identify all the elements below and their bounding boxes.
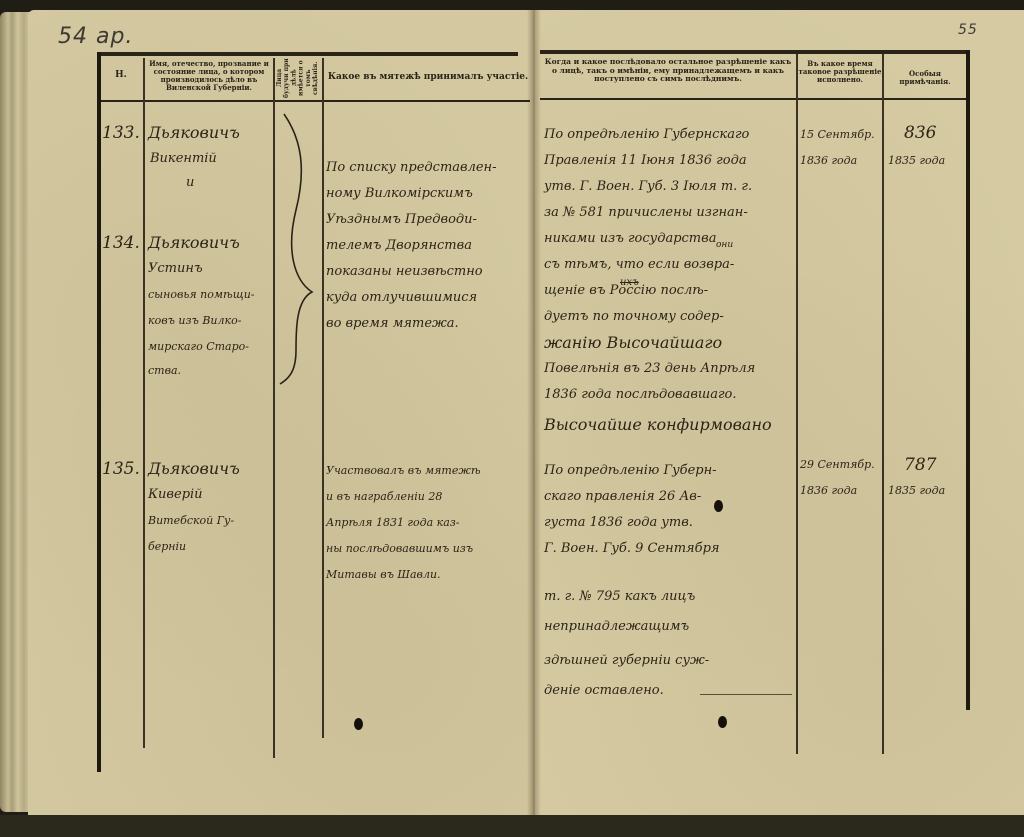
entry-name-line: Дьяковичъ bbox=[148, 456, 240, 482]
resolution-line: дуетъ по точному содер- bbox=[544, 304, 724, 330]
remark-number: 787 bbox=[904, 452, 936, 478]
resolution-line: т. г. № 795 какъ лицъ bbox=[544, 584, 695, 610]
resolution-line: густа 1836 года утв. bbox=[544, 510, 693, 536]
resolution-line: здѣшней губерніи суж- bbox=[544, 648, 709, 674]
resolution-line: Высочайше конфирмовано bbox=[544, 412, 772, 438]
header-executed: Въ какое время таковое разрѣшеніе исполн… bbox=[798, 60, 882, 84]
header-participation: Какое въ мятежѣ принималъ участіе. bbox=[326, 72, 530, 82]
executed-year: 1836 года bbox=[800, 478, 857, 504]
page-number: 55 bbox=[958, 22, 978, 38]
superscript-insert: они bbox=[716, 240, 733, 250]
resolution-line: Повелѣнія въ 23 день Апрѣля bbox=[544, 356, 755, 382]
entry-name-line: берніи bbox=[148, 534, 186, 560]
entry-name-line: мирскаго Старо- bbox=[148, 334, 249, 360]
binding-hole bbox=[718, 716, 727, 728]
participation-line: телемъ Дворянства bbox=[326, 233, 472, 259]
participation-line: показаны неизвѣстно bbox=[326, 259, 483, 285]
participation-line: Участвовалъ въ мятежѣ bbox=[326, 458, 481, 484]
column-divider bbox=[796, 54, 798, 754]
header-resolution: Когда и какое послѣдовало остальное разр… bbox=[542, 58, 794, 84]
executed-date: 29 Сентябр. bbox=[800, 452, 875, 478]
header-number: Н. bbox=[100, 70, 142, 80]
remark-year: 1835 года bbox=[888, 148, 945, 174]
column-divider bbox=[322, 58, 324, 738]
participation-line: ны послѣдовавшимъ изъ bbox=[326, 536, 473, 562]
binding-hole bbox=[354, 718, 363, 730]
entry-name-line: Киверій bbox=[148, 482, 203, 508]
entry-number: 134. bbox=[102, 230, 140, 256]
resolution-line: непринадлежащимъ bbox=[544, 614, 689, 640]
entry-name-line: Дьяковичъ bbox=[148, 120, 240, 146]
ledger-book: 54 ар. 55 Н. Имя, отечество, прозвание и… bbox=[0, 0, 1024, 837]
participation-line: По списку представлен- bbox=[326, 155, 497, 181]
resolution-line: жанію Высочайшаго bbox=[544, 330, 722, 356]
entry-name-line: Дьяковичъ bbox=[148, 230, 240, 256]
column-divider bbox=[882, 54, 884, 754]
column-divider bbox=[143, 58, 145, 748]
entry-name-line: ства. bbox=[148, 358, 181, 384]
remark-year: 1835 года bbox=[888, 478, 945, 504]
end-line bbox=[700, 694, 792, 695]
table-left-border bbox=[97, 52, 101, 772]
column-divider bbox=[273, 58, 275, 758]
participation-line: Апрѣля 1831 года каз- bbox=[326, 510, 460, 536]
resolution-line: 1836 года послѣдовавшаго. bbox=[544, 382, 737, 408]
header-top-rule-right bbox=[540, 50, 968, 54]
entry-number: 133. bbox=[102, 120, 140, 146]
resolution-line: никами изъ государства bbox=[544, 226, 716, 252]
participation-line: Митавы въ Шавли. bbox=[326, 562, 441, 588]
resolution-line: утв. Г. Воен. Губ. 3 Іюля т. г. bbox=[544, 174, 752, 200]
entry-number: 135. bbox=[102, 456, 140, 482]
resolution-line: Правленія 11 Іюня 1836 года bbox=[544, 148, 747, 174]
struck-word: ихъ bbox=[620, 270, 639, 296]
header-bottom-rule-left bbox=[98, 100, 530, 102]
header-bottom-rule-right bbox=[540, 98, 968, 100]
participation-line: ному Вилкомірскимъ bbox=[326, 181, 473, 207]
entry-name-line: и bbox=[186, 170, 194, 196]
participation-line: куда отлучившимися bbox=[326, 285, 477, 311]
executed-year: 1836 года bbox=[800, 148, 857, 174]
resolution-line: Г. Воен. Губ. 9 Сентября bbox=[544, 536, 720, 562]
header-name: Имя, отечество, прозвание и состояние ли… bbox=[146, 60, 272, 92]
participation-line: во время мятежа. bbox=[326, 311, 459, 337]
entry-name-line: сыновья помѣщи- bbox=[148, 282, 255, 308]
entry-name-line: Викентій bbox=[150, 146, 217, 172]
participation-line: и въ награбленіи 28 bbox=[326, 484, 442, 510]
binding-hole bbox=[714, 500, 723, 512]
remark-number: 836 bbox=[904, 120, 936, 146]
resolution-line: деніе оставлено. bbox=[544, 678, 664, 704]
resolution-line: По опредѣленію Губернскаго bbox=[544, 122, 749, 148]
entry-name-line: Устинъ bbox=[148, 256, 203, 282]
table-right-border bbox=[966, 50, 970, 710]
header-top-rule-left bbox=[98, 52, 518, 56]
resolution-line: По опредѣленію Губерн- bbox=[544, 458, 717, 484]
header-presence: Лица будучи при дѣлѣ имѣется о томъ свѣд… bbox=[276, 58, 320, 98]
entry-name-line: Витебской Гу- bbox=[148, 508, 234, 534]
grouping-brace-icon bbox=[276, 110, 316, 390]
participation-line: Уѣзднымъ Предводи- bbox=[326, 207, 477, 233]
resolution-line: скаго правленія 26 Ав- bbox=[544, 484, 701, 510]
bottom-shadow bbox=[0, 815, 1024, 837]
resolution-line: за № 581 причислены изгнан- bbox=[544, 200, 748, 226]
entry-name-line: ковъ изъ Вилко- bbox=[148, 308, 241, 334]
resolution-line: съ тѣмъ, что если возвра- bbox=[544, 252, 734, 278]
pencil-archive-note: 54 ар. bbox=[58, 24, 133, 49]
book-gutter bbox=[527, 10, 541, 822]
executed-date: 15 Сентябр. bbox=[800, 122, 875, 148]
header-remarks: Особыя примѣчанія. bbox=[884, 70, 966, 86]
